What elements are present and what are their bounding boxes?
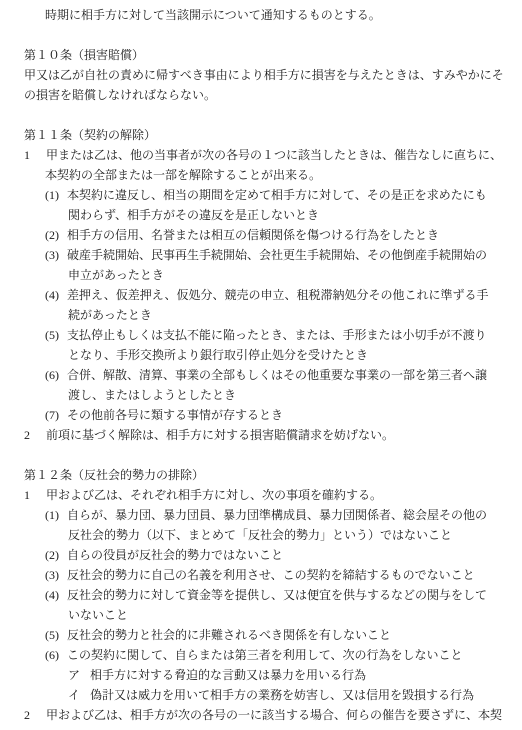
clause-marker: (6) [45, 365, 67, 385]
document-line [24, 105, 498, 125]
line-text: 続があったとき [68, 308, 152, 322]
line-text: 自らの役員が反社会的勢力ではないこと [67, 548, 283, 562]
document-line: 時期に相手方に対して当該開示について通知するものとする。 [24, 5, 498, 25]
document-line: 関わらず、相手方がその違反を是正しないとき [24, 205, 498, 225]
line-text: 破産手続開始、民事再生手続開始、会社更生手続開始、その他倒産手続開始の [67, 248, 487, 262]
clause-marker: (3) [45, 245, 67, 265]
clause-marker: (1) [45, 505, 67, 525]
clause-marker: (3) [45, 565, 67, 585]
line-text: 自らが、暴力団、暴力団員、暴力団準構成員、暴力団関係者、総会屋その他の [67, 508, 487, 522]
line-text: その他前各号に類する事情が存するとき [67, 408, 283, 422]
document-line: (5)支払停止もしくは支払不能に陥ったとき、または、手形または小切手が不渡り [24, 325, 498, 345]
document-line: (6)この契約に関して、自らまたは第三者を利用して、次の行為をしないこと [24, 645, 498, 665]
line-text: 申立があったとき [68, 268, 164, 282]
document-line: (4)差押え、仮差押え、仮処分、競売の申立、租税滞納処分その他これに準ずる手 [24, 285, 498, 305]
document-line: (7)その他前各号に類する事情が存するとき [24, 405, 498, 425]
document-line: (3)反社会的勢力に自己の名義を利用させ、この契約を締結するものでないこと [24, 565, 498, 585]
line-text: 偽計又は威力を用いて相手方の業務を妨害し、又は信用を毀損する行為 [90, 688, 474, 702]
document-line: 2甲および乙は、相手方が次の各号の一に該当する場合、何らの催告を要さずに、本契 [24, 705, 498, 725]
document-line: の損害を賠償しなければならない。 [24, 85, 498, 105]
document-line: 申立があったとき [24, 265, 498, 285]
clause-marker: (6) [45, 645, 67, 665]
line-text: 相手方の信用、名誉または相互の信頼関係を傷つける行為をしたとき [67, 228, 439, 242]
line-text: 甲および乙は、それぞれ相手方に対し、次の事項を確約する。 [46, 488, 382, 502]
clause-marker: (7) [45, 405, 67, 425]
clause-marker: (5) [45, 325, 67, 345]
clause-marker: (2) [45, 545, 67, 565]
clause-marker: (2) [45, 225, 67, 245]
line-text: 第１１条（契約の解除） [24, 128, 156, 142]
line-text: 甲又は乙が自社の責めに帰すべき事由により相手方に損害を与えたときは、すみやかにそ [24, 68, 504, 82]
clause-marker: 2 [24, 425, 46, 445]
line-text: この契約に関して、自らまたは第三者を利用して、次の行為をしないこと [67, 648, 463, 662]
document-line: 続があったとき [24, 305, 498, 325]
document-line: となり、手形交換所より銀行取引停止処分を受けたとき [24, 345, 498, 365]
line-text: 反社会的勢力に対して資金等を提供し、又は便宜を供与するなどの関与をして [67, 588, 487, 602]
line-text: 反社会的勢力に自己の名義を利用させ、この契約を締結するものでないこと [67, 568, 475, 582]
document-line: (2)自らの役員が反社会的勢力ではないこと [24, 545, 498, 565]
line-text: 前項に基づく解除は、相手方に対する損害賠償請求を妨げない。 [46, 428, 394, 442]
document-line: 反社会的勢力（以下、まとめて「反社会的勢力」という）ではないこと [24, 525, 498, 545]
line-text: 本契約の全部または一部を解除することが出来る。 [45, 168, 321, 182]
document-line: (6)合併、解散、清算、事業の全部もしくはその他重要な事業の一部を第三者へ譲 [24, 365, 498, 385]
document-line [24, 445, 498, 465]
document-line: イ偽計又は威力を用いて相手方の業務を妨害し、又は信用を毀損する行為 [24, 685, 498, 705]
line-text: 時期に相手方に対して当該開示について通知するものとする。 [45, 8, 381, 22]
contract-page: 時期に相手方に対して当該開示について通知するものとする。第１０条（損害賠償）甲又… [0, 0, 522, 730]
line-text: の損害を賠償しなければならない。 [24, 88, 216, 102]
document-line: 本契約の全部または一部を解除することが出来る。 [24, 165, 498, 185]
line-text: 支払停止もしくは支払不能に陥ったとき、または、手形または小切手が不渡り [67, 328, 487, 342]
line-text: 第１２条（反社会的勢力の排除） [24, 468, 204, 482]
clause-marker: 1 [24, 485, 46, 505]
document-line: いないこと [24, 605, 498, 625]
document-line: 甲又は乙が自社の責めに帰すべき事由により相手方に損害を与えたときは、すみやかにそ [24, 65, 498, 85]
clause-marker: (4) [45, 285, 67, 305]
line-text: 甲または乙は、他の当事者が次の各号の１つに該当したときは、催告なしに直ちに、 [46, 148, 502, 162]
line-text: 甲および乙は、相手方が次の各号の一に該当する場合、何らの催告を要さずに、本契 [46, 708, 502, 722]
document-line: 第１１条（契約の解除） [24, 125, 498, 145]
line-text: 反社会的勢力と社会的に非難されるべき関係を有しないこと [67, 628, 391, 642]
document-line: 2前項に基づく解除は、相手方に対する損害賠償請求を妨げない。 [24, 425, 498, 445]
line-text: 本契約に違反し、相当の期間を定めて相手方に対して、その是正を求めたにも [67, 188, 487, 202]
document-line: 第１０条（損害賠償） [24, 45, 498, 65]
document-line: (1)本契約に違反し、相当の期間を定めて相手方に対して、その是正を求めたにも [24, 185, 498, 205]
line-text: 第１０条（損害賠償） [24, 48, 144, 62]
line-text: 反社会的勢力（以下、まとめて「反社会的勢力」という）ではないこと [68, 528, 452, 542]
line-text: 合併、解散、清算、事業の全部もしくはその他重要な事業の一部を第三者へ譲 [67, 368, 487, 382]
line-text: いないこと [68, 608, 128, 622]
document-line: 渡し、またはしようとしたとき [24, 385, 498, 405]
clause-marker: 1 [24, 145, 46, 165]
document-line: (4)反社会的勢力に対して資金等を提供し、又は便宜を供与するなどの関与をして [24, 585, 498, 605]
line-text: となり、手形交換所より銀行取引停止処分を受けたとき [68, 348, 368, 362]
line-text: 渡し、またはしようとしたとき [68, 388, 236, 402]
document-line: 1甲および乙は、それぞれ相手方に対し、次の事項を確約する。 [24, 485, 498, 505]
document-line: 1甲または乙は、他の当事者が次の各号の１つに該当したときは、催告なしに直ちに、 [24, 145, 498, 165]
document-line: 第１２条（反社会的勢力の排除） [24, 465, 498, 485]
clause-marker: イ [68, 685, 90, 705]
document-line: (5)反社会的勢力と社会的に非難されるべき関係を有しないこと [24, 625, 498, 645]
clause-marker: 2 [24, 705, 46, 725]
document-line: (1)自らが、暴力団、暴力団員、暴力団準構成員、暴力団関係者、総会屋その他の [24, 505, 498, 525]
line-text: 差押え、仮差押え、仮処分、競売の申立、租税滞納処分その他これに準ずる手 [67, 288, 488, 302]
document-line: (3)破産手続開始、民事再生手続開始、会社更生手続開始、その他倒産手続開始の [24, 245, 498, 265]
line-text: 関わらず、相手方がその違反を是正しないとき [68, 208, 319, 222]
clause-marker: (1) [45, 185, 67, 205]
document-line: ア相手方に対する脅迫的な言動又は暴力を用いる行為 [24, 665, 498, 685]
clause-marker: (4) [45, 585, 67, 605]
document-body: 時期に相手方に対して当該開示について通知するものとする。第１０条（損害賠償）甲又… [24, 5, 498, 725]
line-text: 相手方に対する脅迫的な言動又は暴力を用いる行為 [90, 668, 366, 682]
clause-marker: (5) [45, 625, 67, 645]
clause-marker: ア [68, 665, 90, 685]
document-line [24, 25, 498, 45]
document-line: (2)相手方の信用、名誉または相互の信頼関係を傷つける行為をしたとき [24, 225, 498, 245]
